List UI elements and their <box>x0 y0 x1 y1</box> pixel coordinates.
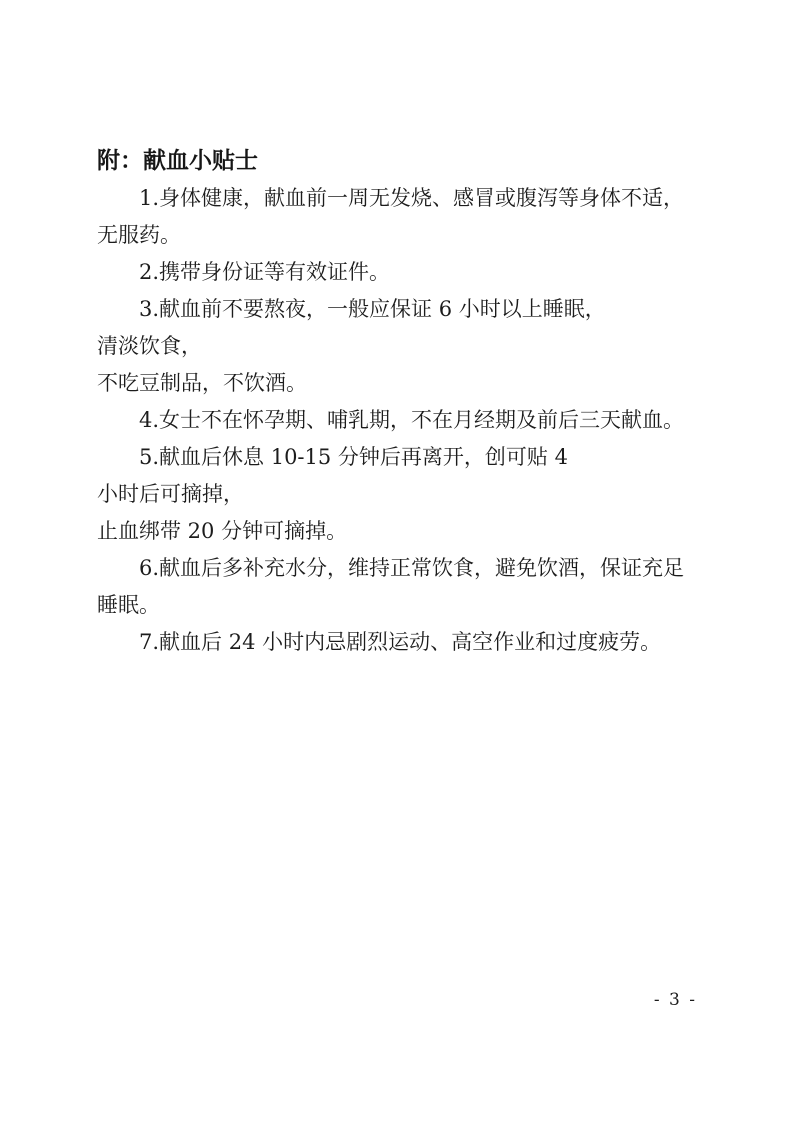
tip-item-7: 7.献血后 24 小时内忌剧烈运动、高空作业和过度疲劳。 <box>97 624 709 661</box>
tip-item-2: 2.携带身份证等有效证件。 <box>97 254 709 291</box>
page-number: - 3 - <box>654 988 697 1012</box>
attachment-title: 附：献血小贴士 <box>97 143 709 180</box>
document-body: 附：献血小贴士 1.身体健康，献血前一周无发烧、感冒或腹泻等身体不适， 无服药。… <box>97 143 709 661</box>
tip-item-1: 1.身体健康，献血前一周无发烧、感冒或腹泻等身体不适， 无服药。 <box>97 180 709 254</box>
tip-item-4: 4.女士不在怀孕期、哺乳期，不在月经期及前后三天献血。 <box>97 402 709 439</box>
document-page: 附：献血小贴士 1.身体健康，献血前一周无发烧、感冒或腹泻等身体不适， 无服药。… <box>0 0 794 1123</box>
tip-item-5: 5.献血后休息 10-15 分钟后再离开，创可贴 4 小时后可摘掉， 止血绑带 … <box>97 439 709 550</box>
tip-item-3: 3.献血前不要熬夜，一般应保证 6 小时以上睡眠，清淡饮食， 不吃豆制品，不饮酒… <box>97 291 709 402</box>
tip-item-6: 6.献血后多补充水分，维持正常饮食，避免饮酒，保证充足 睡眠。 <box>97 550 709 624</box>
